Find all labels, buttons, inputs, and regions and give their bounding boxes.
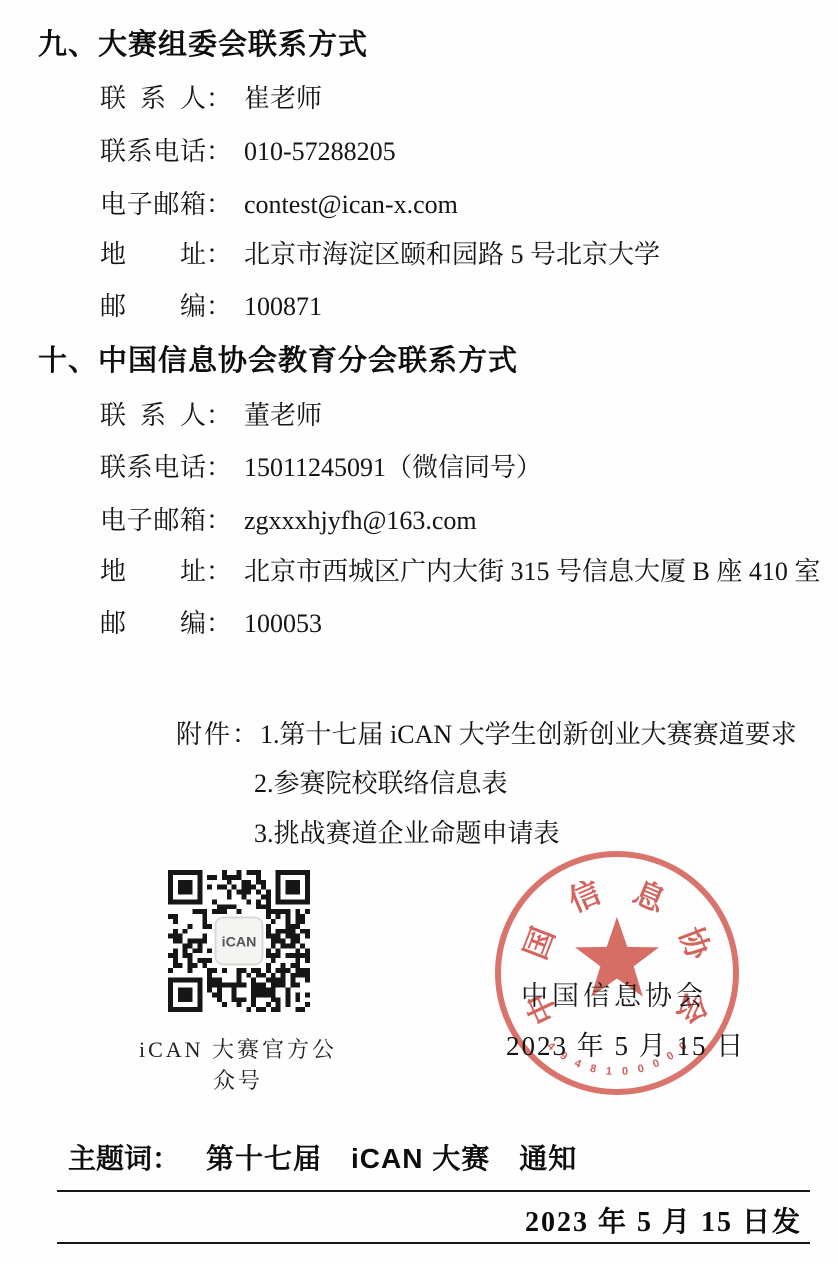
row-value: 15011245091（微信同号） (244, 453, 542, 482)
contact-row: 地址：北京市西城区广内大街 315 号信息大厦 B 座 410 室 (100, 551, 820, 588)
row-colon: ： (206, 500, 232, 537)
row-colon: ： (206, 131, 232, 168)
footer-rule-bottom (57, 1242, 810, 1244)
attachments-line-1: 附件：1.第十七届 iCAN 大学生创新创业大赛赛道要求 (176, 714, 797, 751)
contact-row: 邮编：100053 (100, 603, 322, 640)
contact-row: 联系人：董老师 (100, 395, 322, 432)
row-colon: ： (206, 78, 232, 115)
qr-caption: iCAN 大赛官方公众号 (128, 1033, 348, 1095)
qr-center-logo: iCAN (215, 917, 262, 964)
qr-code-icon: iCAN (168, 870, 310, 1012)
footer-rule-top (57, 1190, 810, 1192)
subject-label: 主题词： (68, 1143, 180, 1174)
row-colon: ： (206, 395, 232, 432)
contact-row: 邮编：100871 (100, 286, 322, 323)
row-label: 邮编 (100, 603, 206, 640)
attachments-line-3: 3.挑战赛道企业命题申请表 (254, 813, 560, 850)
row-value: 董老师 (244, 401, 322, 430)
row-colon: ： (206, 603, 232, 640)
row-label: 地址 (100, 551, 206, 588)
subject-value: 第十七届 iCAN 大赛 通知 (206, 1143, 577, 1174)
row-label: 联系电话 (100, 447, 206, 484)
row-colon: ： (206, 286, 232, 323)
row-label: 电子邮箱 (100, 500, 206, 537)
row-label: 邮编 (100, 286, 206, 323)
row-value: 010-57288205 (244, 137, 396, 166)
seal-org-name: 中国信息协会 (521, 974, 707, 1013)
row-value: zgxxxhjyfh@163.com (244, 506, 477, 535)
row-colon: ： (206, 234, 232, 271)
row-colon: ： (206, 551, 232, 588)
seal-date: 2023 年 5 月 15 日 (506, 1024, 745, 1063)
row-value: 崔老师 (244, 84, 322, 113)
contact-row: 电子邮箱：zgxxxhjyfh@163.com (100, 500, 477, 537)
row-label: 联系人 (100, 395, 206, 432)
contact-row: 电子邮箱：contest@ican-x.com (100, 184, 458, 221)
attachment-item: 1.第十七届 iCAN 大学生创新创业大赛赛道要求 (260, 720, 797, 749)
contact-row: 联系电话：010-57288205 (100, 131, 396, 168)
attachments-line-2: 2.参赛院校联络信息表 (254, 763, 508, 800)
row-colon: ： (206, 447, 232, 484)
contact-row: 地址：北京市海淀区颐和园路 5 号北京大学 (100, 234, 660, 271)
section10-heading: 十、中国信息协会教育分会联系方式 (38, 338, 518, 379)
contact-row: 联系人：崔老师 (100, 78, 322, 115)
attachment-item: 2.参赛院校联络信息表 (254, 769, 508, 798)
issue-date: 2023 年 5 月 15 日发 (525, 1200, 802, 1240)
section9-heading: 九、大赛组委会联系方式 (38, 22, 368, 63)
subject-line: 主题词：第十七届 iCAN 大赛 通知 (68, 1137, 577, 1177)
row-label: 地址 (100, 234, 206, 271)
attachments-label: 附件： (176, 720, 260, 749)
row-value: contest@ican-x.com (244, 190, 458, 219)
row-value: 北京市海淀区颐和园路 5 号北京大学 (244, 240, 660, 269)
row-value: 北京市西城区广内大街 315 号信息大厦 B 座 410 室 (244, 557, 820, 586)
row-label: 电子邮箱 (100, 184, 206, 221)
qr-logo-label: iCAN (222, 934, 257, 950)
row-label: 联系人 (100, 78, 206, 115)
row-value: 100053 (244, 609, 322, 638)
document-page: 九、大赛组委会联系方式 联系人：崔老师 联系电话：010-57288205 电子… (0, 0, 838, 1264)
row-label: 联系电话 (100, 131, 206, 168)
attachment-item: 3.挑战赛道企业命题申请表 (254, 819, 560, 848)
row-colon: ： (206, 184, 232, 221)
row-value: 100871 (244, 292, 322, 321)
contact-row: 联系电话：15011245091（微信同号） (100, 447, 542, 484)
